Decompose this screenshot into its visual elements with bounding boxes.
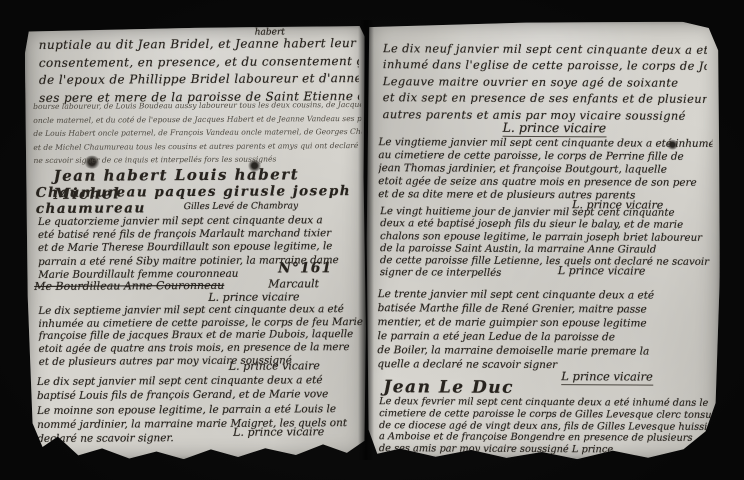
text-line: baptisé Louis fils de françois Gerand, e…	[37, 387, 361, 403]
text-line: de ses amis par moy vicaire soussigné L …	[379, 443, 717, 457]
text-line: bourse laboureur, de Louis Boudeau aussy…	[33, 98, 361, 114]
text-line: et dix sept en presence de ses enfants e…	[383, 89, 707, 107]
struck-through-names: Me Bourdilleau Anne Couronneau	[34, 279, 224, 293]
text-line: consentement, en presence, et du consent…	[39, 53, 359, 72]
record-burial-perrine: Le vingtieme janvier mil sept cent cinqu…	[378, 136, 712, 203]
text-line: et de Michel Chaumureau tous les cousins…	[33, 139, 361, 155]
vicar-signature: L. prince vicaire	[233, 425, 324, 439]
text-line: batisée Marthe fille de René Grenier, ma…	[378, 302, 712, 318]
text-line: deux a eté baptisé joseph fils du sieur …	[380, 218, 714, 232]
text-line: le parrain a eté jean Ledue de la parois…	[377, 330, 711, 346]
signature-line: Marcault	[268, 277, 319, 290]
record-burial-gilles-levesque: Le deux fevrier mil sept cent cinquante …	[379, 396, 717, 457]
text-line: Le dix neuf janvier mil sept cent cinqua…	[383, 40, 707, 58]
text-line: inhumé dans l'eglise de cette paroisse, …	[383, 57, 707, 75]
manuscript-right-page: Le dix neuf janvier mil sept cent cinqua…	[365, 20, 721, 460]
text-line: quelle a declaré ne scavoir signer	[377, 358, 711, 374]
signature-line: Gilles Levé de Chambray	[184, 201, 298, 212]
text-line: nuptiale au dit Jean Bridel, et Jeanne h…	[39, 35, 359, 54]
vicar-signature: L prince vicaire	[561, 369, 653, 385]
text-line: Legauve maitre ouvrier en soye agé de so…	[383, 73, 707, 91]
signature-jean-le-duc: Jean Le Duc	[383, 377, 514, 398]
record-marriage-end: nuptiale au dit Jean Bridel, et Jeanne h…	[39, 35, 359, 107]
vicar-signature: L. prince vicaire	[503, 120, 607, 138]
record-baptism-joseph: Le vingt huitieme jour de janvier mil se…	[380, 206, 714, 282]
vicar-signature: L. prince vicaire	[208, 290, 299, 304]
text-line: signer de ce interpellés	[380, 268, 714, 282]
manuscript-left-page: habert nuptiale au dit Jean Bridel, et J…	[25, 26, 368, 460]
text-line: etoit agée de quatre ans trois mois, en …	[39, 341, 363, 356]
scanned-register-spread: habert nuptiale au dit Jean Bridel, et J…	[0, 0, 744, 480]
text-line: de Boiler, la marraine demoiselle marie …	[377, 344, 711, 360]
vicar-signature: L. prince vicaire	[229, 359, 320, 373]
record-burial-joseph-legauve: Le dix neuf janvier mil sept cent cinqua…	[383, 40, 707, 124]
text-line: de l'epoux de Phillippe Bridel laboureur…	[39, 70, 359, 89]
record-baptism-marthe: Le trente janvier mil sept cent cinquant…	[377, 288, 711, 373]
marginal-act-number: N°161	[278, 260, 332, 276]
record-marriage-witnesses: bourse laboureur, de Louis Boudeau aussy…	[33, 98, 361, 168]
vicar-signature: L prince vicaire	[558, 264, 646, 277]
text-line: mentier, et de marie guimpier son epouse…	[378, 316, 712, 332]
